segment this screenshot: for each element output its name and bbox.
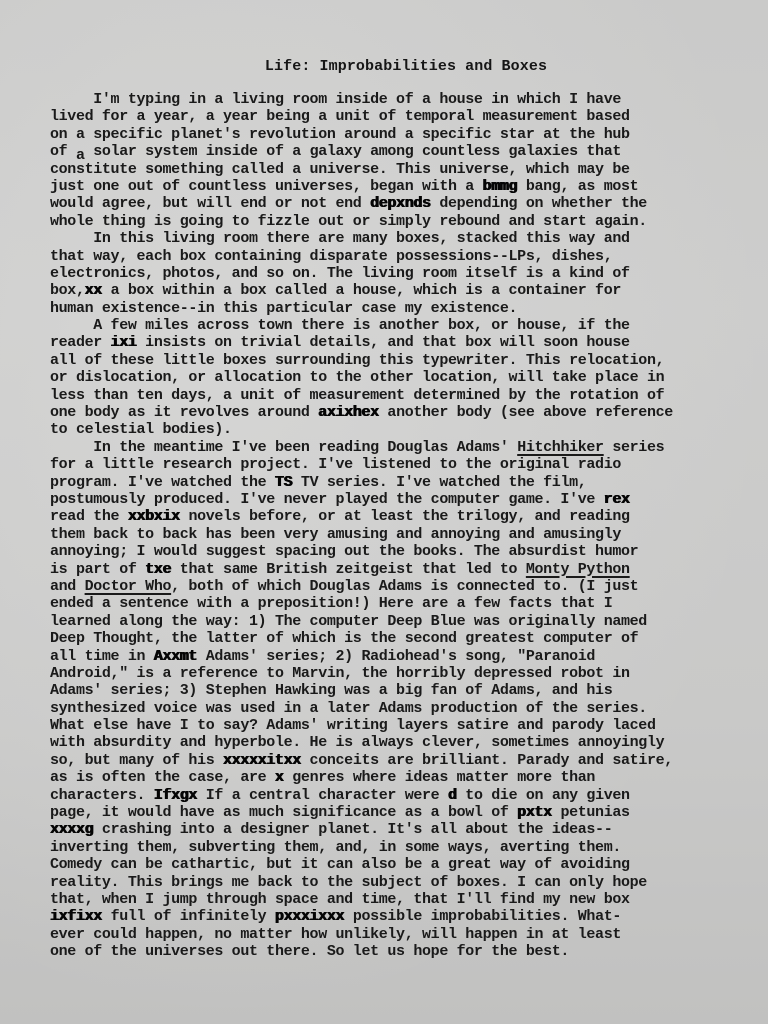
text-line: I'm typing in a living room inside of a … bbox=[50, 91, 768, 108]
text-line: of a solar system inside of a galaxy amo… bbox=[50, 143, 768, 160]
text-run: a box within a box called a house, which… bbox=[102, 282, 621, 299]
text-line: lived for a year, a year being a unit of… bbox=[50, 108, 768, 125]
overtyped-word: depxnds bbox=[370, 195, 431, 212]
text-run: inverting them, subverting them, and, in… bbox=[50, 839, 621, 856]
text-line: Adams' series; 3) Stephen Hawking was a … bbox=[50, 682, 768, 699]
text-line: Deep Thought, the latter of which is the… bbox=[50, 630, 768, 647]
text-run: program. I've watched the bbox=[50, 474, 275, 491]
text-run: with absurdity and hyperbole. He is alwa… bbox=[50, 734, 664, 751]
text-run: bang, as most bbox=[517, 178, 638, 195]
text-line: one of the universes out there. So let u… bbox=[50, 943, 768, 960]
text-run: genres where ideas matter more than bbox=[284, 769, 595, 786]
underlined-title: Doctor Who bbox=[85, 578, 172, 595]
text-run: page, it would have as much significance… bbox=[50, 804, 517, 821]
text-line: that, when I jump through space and time… bbox=[50, 891, 768, 908]
underlined-title: Hitchhiker bbox=[517, 439, 604, 456]
text-line: box,xx a box within a box called a house… bbox=[50, 282, 768, 299]
overtyped-word: xxbxix bbox=[128, 508, 180, 525]
text-line: electronics, photos, and so on. The livi… bbox=[50, 265, 768, 282]
text-run: annoying; I would suggest spacing out th… bbox=[50, 543, 638, 560]
text-run: to celestial bodies). bbox=[50, 421, 232, 438]
text-run: Deep Thought, the latter of which is the… bbox=[50, 630, 638, 647]
text-run: another body (see above reference bbox=[379, 404, 673, 421]
text-run: synthesized voice was used in a later Ad… bbox=[50, 700, 647, 717]
text-run: that way, each box containing disparate … bbox=[50, 248, 612, 265]
text-run: would agree, but will end or not end bbox=[50, 195, 370, 212]
text-line: so, but many of his xxxxxitxx conceits a… bbox=[50, 752, 768, 769]
text-line: A few miles across town there is another… bbox=[50, 317, 768, 334]
text-run: If a central character were bbox=[197, 787, 448, 804]
text-run: less than ten days, a unit of measuremen… bbox=[50, 387, 664, 404]
text-run: read the bbox=[50, 508, 128, 525]
text-run: learned along the way: 1) The computer D… bbox=[50, 613, 647, 630]
text-run: lived for a year, a year being a unit of… bbox=[50, 108, 630, 125]
text-run: and bbox=[50, 578, 85, 595]
text-run: to die on any given bbox=[457, 787, 630, 804]
text-run: all of these little boxes surrounding th… bbox=[50, 352, 664, 369]
text-run: of bbox=[50, 143, 76, 160]
text-line: What else have I to say? Adams' writing … bbox=[50, 717, 768, 734]
text-line: characters. Ifxgx If a central character… bbox=[50, 787, 768, 804]
text-run: all time in bbox=[50, 648, 154, 665]
text-line: all time in Axxmt Adams' series; 2) Radi… bbox=[50, 648, 768, 665]
text-line: or dislocation, or allocation to the oth… bbox=[50, 369, 768, 386]
text-run: just one out of countless universes, beg… bbox=[50, 178, 483, 195]
text-run: Adams' series; 3) Stephen Hawking was a … bbox=[50, 682, 612, 699]
text-run: A few miles across town there is another… bbox=[50, 317, 630, 334]
text-run: so, but many of his bbox=[50, 752, 223, 769]
text-line: for a little research project. I've list… bbox=[50, 456, 768, 473]
overtyped-word: txe bbox=[145, 561, 171, 578]
overtyped-word: Ifxgx bbox=[154, 787, 197, 804]
text-run: full of infinitely bbox=[102, 908, 275, 925]
text-line: read the xxbxix novels before, or at lea… bbox=[50, 508, 768, 525]
text-run: crashing into a designer planet. It's al… bbox=[93, 821, 612, 838]
text-line: just one out of countless universes, beg… bbox=[50, 178, 768, 195]
overtyped-word: Axxmt bbox=[154, 648, 197, 665]
text-line: to celestial bodies). bbox=[50, 421, 768, 438]
text-line: In this living room there are many boxes… bbox=[50, 230, 768, 247]
text-run: Comedy can be cathartic, but it can also… bbox=[50, 856, 630, 873]
text-run: reader bbox=[50, 334, 111, 351]
text-run: on a specific planet's revolution around… bbox=[50, 126, 630, 143]
text-line: ixfixx full of infinitely pxxxixxx possi… bbox=[50, 908, 768, 925]
text-line: one body as it revolves around axixhex a… bbox=[50, 404, 768, 421]
text-run: In the meantime I've been reading Dougla… bbox=[50, 439, 517, 456]
overtyped-word: axixhex bbox=[318, 404, 379, 421]
text-line: all of these little boxes surrounding th… bbox=[50, 352, 768, 369]
text-line: would agree, but will end or not end dep… bbox=[50, 195, 768, 212]
text-line: ever could happen, no matter how unlikel… bbox=[50, 926, 768, 943]
text-run: novels before, or at least the trilogy, … bbox=[180, 508, 630, 525]
text-run: characters. bbox=[50, 787, 154, 804]
text-run: ever could happen, no matter how unlikel… bbox=[50, 926, 621, 943]
text-line: annoying; I would suggest spacing out th… bbox=[50, 543, 768, 560]
text-line: on a specific planet's revolution around… bbox=[50, 126, 768, 143]
text-run: ended a sentence with a preposition!) He… bbox=[50, 595, 612, 612]
text-run: petunias bbox=[552, 804, 630, 821]
text-run: series bbox=[604, 439, 665, 456]
overtyped-word: pxtx bbox=[517, 804, 552, 821]
text-line: inverting them, subverting them, and, in… bbox=[50, 839, 768, 856]
text-run: I'm typing in a living room inside of a … bbox=[50, 91, 621, 108]
overtyped-word: TS bbox=[275, 474, 292, 491]
text-run: solar system inside of a galaxy among co… bbox=[85, 143, 621, 160]
typewritten-page: Life: Improbabilities and Boxes I'm typi… bbox=[0, 0, 768, 1024]
text-run: , both of which Douglas Adams is connect… bbox=[171, 578, 638, 595]
text-run: or dislocation, or allocation to the oth… bbox=[50, 369, 664, 386]
overtyped-word: xxxxg bbox=[50, 821, 93, 838]
overtyped-word: bmmg bbox=[483, 178, 518, 195]
text-line: Comedy can be cathartic, but it can also… bbox=[50, 856, 768, 873]
text-run: one body as it revolves around bbox=[50, 404, 318, 421]
text-line: and Doctor Who, both of which Douglas Ad… bbox=[50, 578, 768, 595]
document-body: I'm typing in a living room inside of a … bbox=[50, 91, 768, 961]
text-run: as is often the case, are bbox=[50, 769, 275, 786]
text-run: What else have I to say? Adams' writing … bbox=[50, 717, 656, 734]
text-run: possible improbabilities. What- bbox=[344, 908, 621, 925]
text-run: conceits are brilliant. Parady and satir… bbox=[301, 752, 673, 769]
text-line: less than ten days, a unit of measuremen… bbox=[50, 387, 768, 404]
text-run: Adams' series; 2) Radiohead's song, "Par… bbox=[197, 648, 595, 665]
text-line: In the meantime I've been reading Dougla… bbox=[50, 439, 768, 456]
text-line: with absurdity and hyperbole. He is alwa… bbox=[50, 734, 768, 751]
text-line: xxxxg crashing into a designer planet. I… bbox=[50, 821, 768, 838]
text-line: human existence--in this particular case… bbox=[50, 300, 768, 317]
text-run: one of the universes out there. So let u… bbox=[50, 943, 569, 960]
text-run: human existence--in this particular case… bbox=[50, 300, 517, 317]
overtyped-word: rex bbox=[604, 491, 630, 508]
text-run: Android," is a reference to Marvin, the … bbox=[50, 665, 630, 682]
text-run: that, when I jump through space and time… bbox=[50, 891, 630, 908]
text-line: synthesized voice was used in a later Ad… bbox=[50, 700, 768, 717]
overtyped-word: d bbox=[448, 787, 457, 804]
text-run: reality. This brings me back to the subj… bbox=[50, 874, 647, 891]
text-line: page, it would have as much significance… bbox=[50, 804, 768, 821]
text-run: constitute something called a universe. … bbox=[50, 161, 630, 178]
text-run: In this living room there are many boxes… bbox=[50, 230, 630, 247]
text-run: them back to back has been very amusing … bbox=[50, 526, 621, 543]
text-line: that way, each box containing disparate … bbox=[50, 248, 768, 265]
underlined-title: Monty Python bbox=[526, 561, 630, 578]
text-line: is part of txe that same British zeitgei… bbox=[50, 561, 768, 578]
overtyped-word: ixfixx bbox=[50, 908, 102, 925]
text-line: constitute something called a universe. … bbox=[50, 161, 768, 178]
text-line: as is often the case, are x genres where… bbox=[50, 769, 768, 786]
text-line: reader ixi insists on trivial details, a… bbox=[50, 334, 768, 351]
text-line: Android," is a reference to Marvin, the … bbox=[50, 665, 768, 682]
text-run: is part of bbox=[50, 561, 145, 578]
text-line: ended a sentence with a preposition!) He… bbox=[50, 595, 768, 612]
text-run: depending on whether the bbox=[431, 195, 647, 212]
text-run: for a little research project. I've list… bbox=[50, 456, 621, 473]
overtyped-word: ixi bbox=[111, 334, 137, 351]
text-run: box, bbox=[50, 282, 85, 299]
text-line: reality. This brings me back to the subj… bbox=[50, 874, 768, 891]
text-run: whole thing is going to fizzle out or si… bbox=[50, 213, 647, 230]
text-run: insists on trivial details, and that box… bbox=[137, 334, 630, 351]
text-line: whole thing is going to fizzle out or si… bbox=[50, 213, 768, 230]
overtyped-word: pxxxixxx bbox=[275, 908, 344, 925]
text-run: that same British zeitgeist that led to bbox=[171, 561, 526, 578]
misaligned-char: a bbox=[76, 147, 85, 164]
text-run: postumously produced. I've never played … bbox=[50, 491, 604, 508]
text-line: learned along the way: 1) The computer D… bbox=[50, 613, 768, 630]
text-line: program. I've watched the TS TV series. … bbox=[50, 474, 768, 491]
overtyped-word: xx bbox=[85, 282, 102, 299]
document-title: Life: Improbabilities and Boxes bbox=[0, 58, 768, 75]
text-run: electronics, photos, and so on. The livi… bbox=[50, 265, 630, 282]
text-line: them back to back has been very amusing … bbox=[50, 526, 768, 543]
text-run: TV series. I've watched the film, bbox=[292, 474, 586, 491]
overtyped-word: xxxxxitxx bbox=[223, 752, 301, 769]
overtyped-word: x bbox=[275, 769, 284, 786]
text-line: postumously produced. I've never played … bbox=[50, 491, 768, 508]
